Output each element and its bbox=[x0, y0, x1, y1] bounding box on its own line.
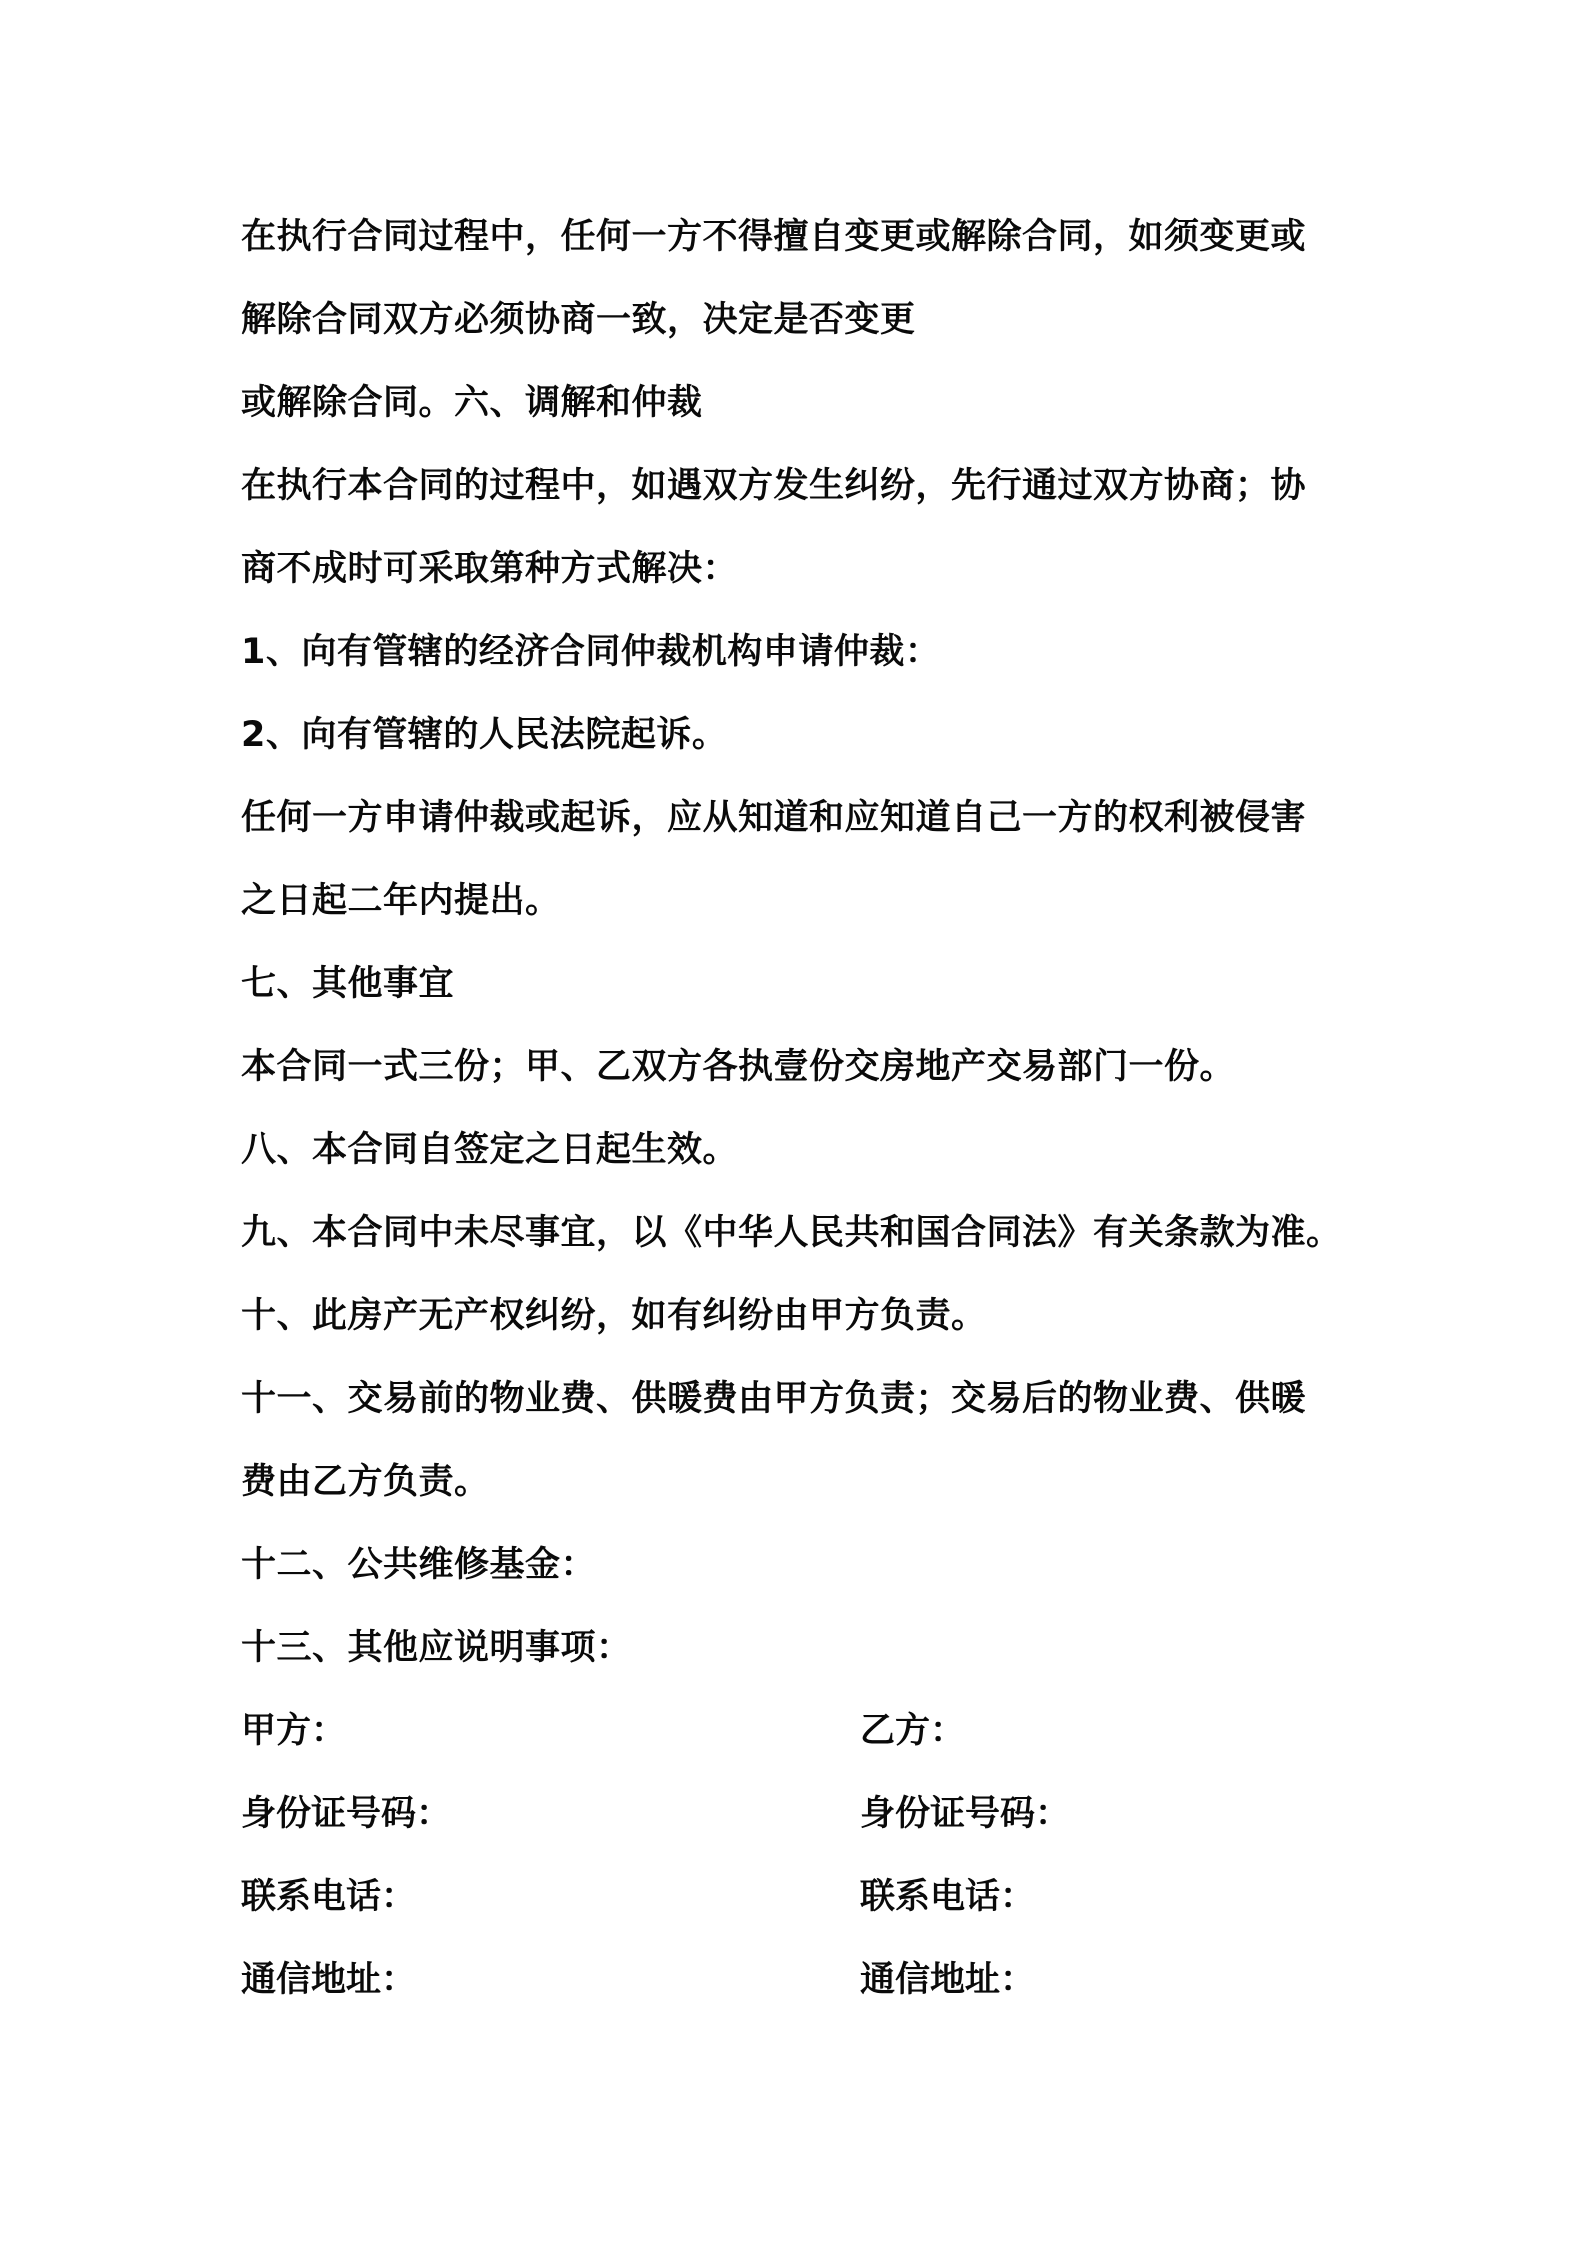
section-heading-other-matters: 七、其他事宜 bbox=[241, 943, 1361, 1026]
clause-modification-line-2: 解除合同双方必须协商一致，决定是否变更 bbox=[241, 279, 1361, 362]
clause-limitation-line-1: 任何一方申请仲裁或起诉，应从知道和应知道自己一方的权利被侵害 bbox=[241, 777, 1361, 860]
clause-mediation-line-2: 商不成时可采取第种方式解决： bbox=[241, 528, 1361, 611]
clause-modification-line-1: 在执行合同过程中，任何一方不得擅自变更或解除合同，如须变更或 bbox=[241, 196, 1361, 279]
clause-mediation-option-1: 1、向有管辖的经济合同仲裁机构申请仲裁： bbox=[241, 611, 1361, 694]
signature-row-phone: 联系电话： 联系电话： bbox=[241, 1856, 1361, 1939]
clause-other-notes: 十三、其他应说明事项： bbox=[241, 1607, 1361, 1690]
signature-row-party: 甲方： 乙方： bbox=[241, 1690, 1361, 1773]
party-b-id-number-label: 身份证号码： bbox=[860, 1773, 1361, 1856]
clause-mediation-line-1: 在执行本合同的过程中，如遇双方发生纠纷，先行通过双方协商；协 bbox=[241, 445, 1361, 528]
document-body: 在执行合同过程中，任何一方不得擅自变更或解除合同，如须变更或 解除合同双方必须协… bbox=[241, 196, 1361, 2022]
party-a-id-number-label: 身份证号码： bbox=[241, 1773, 860, 1856]
clause-fees-line-2: 费由乙方负责。 bbox=[241, 1441, 1361, 1524]
clause-governing-law: 九、本合同中未尽事宜，以《中华人民共和国合同法》有关条款为准。 bbox=[241, 1192, 1361, 1275]
clause-limitation-line-2: 之日起二年内提出。 bbox=[241, 860, 1361, 943]
clause-copies: 本合同一式三份；甲、乙双方各执壹份交房地产交易部门一份。 bbox=[241, 1026, 1361, 1109]
party-a-address-label: 通信地址： bbox=[241, 1939, 860, 2022]
party-b-address-label: 通信地址： bbox=[860, 1939, 1361, 2022]
party-a-label: 甲方： bbox=[241, 1690, 860, 1773]
clause-property-dispute: 十、此房产无产权纠纷，如有纠纷由甲方负责。 bbox=[241, 1275, 1361, 1358]
clause-mediation-option-2: 2、向有管辖的人民法院起诉。 bbox=[241, 694, 1361, 777]
party-a-phone-label: 联系电话： bbox=[241, 1856, 860, 1939]
party-b-phone-label: 联系电话： bbox=[860, 1856, 1361, 1939]
clause-fees-line-1: 十一、交易前的物业费、供暖费由甲方负责；交易后的物业费、供暖 bbox=[241, 1358, 1361, 1441]
clause-effective-date: 八、本合同自签定之日起生效。 bbox=[241, 1109, 1361, 1192]
clause-modification-line-3: 或解除合同。六、调解和仲裁 bbox=[241, 362, 1361, 445]
party-b-label: 乙方： bbox=[860, 1690, 1361, 1773]
signature-row-id-number: 身份证号码： 身份证号码： bbox=[241, 1773, 1361, 1856]
clause-maintenance-fund: 十二、公共维修基金： bbox=[241, 1524, 1361, 1607]
signature-row-address: 通信地址： 通信地址： bbox=[241, 1939, 1361, 2022]
document-page: 在执行合同过程中，任何一方不得擅自变更或解除合同，如须变更或 解除合同双方必须协… bbox=[0, 0, 1586, 2244]
